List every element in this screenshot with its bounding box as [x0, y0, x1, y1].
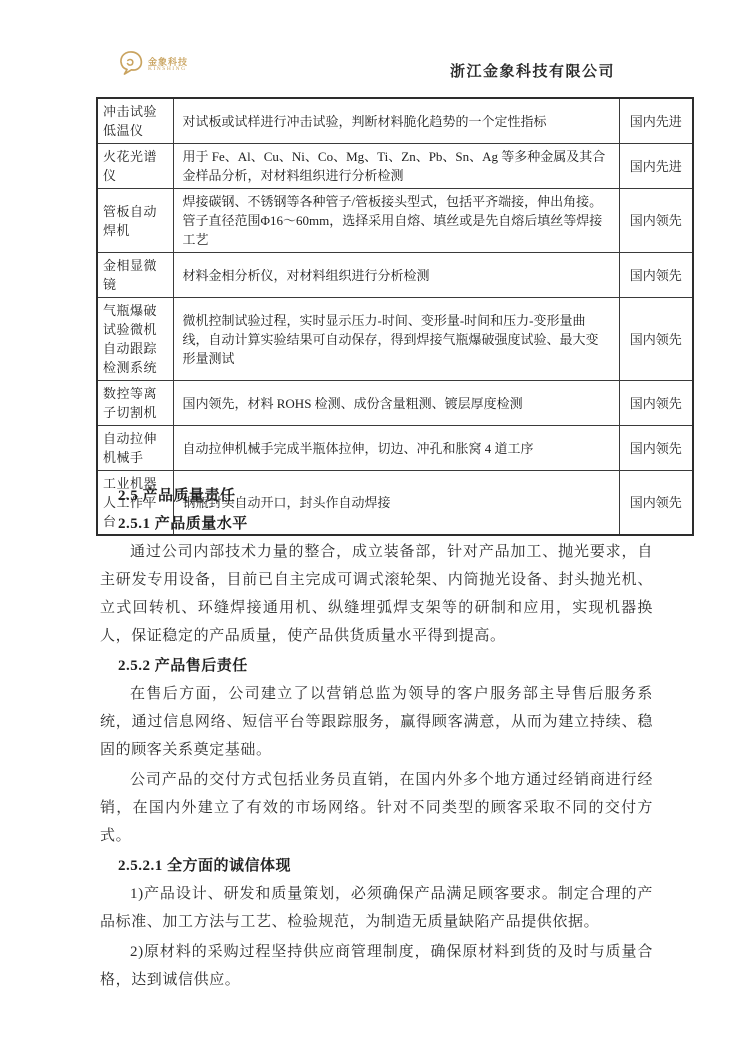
paragraph: 在售后方面，公司建立了以营销总监为领导的客户服务部主导售后服务系统，通过信息网络…: [100, 680, 653, 764]
equipment-desc-cell: 国内领先，材料 ROHS 检测、成份含量粗测、镀层厚度检测: [173, 381, 619, 426]
equipment-desc-cell: 微机控制试验过程，实时显示压力-时间、变形量-时间和压力-变形量曲线，自动计算实…: [173, 298, 619, 381]
document-page: 金象科技 KINSHING 浙江金象科技有限公司 冲击试验低温仪 对试板或试样进…: [0, 0, 750, 1060]
document-body: 2.5 产品质量责任 2.5.1 产品质量水平 通过公司内部技术力量的整合，成立…: [100, 482, 653, 996]
equipment-table: 冲击试验低温仪 对试板或试样进行冲击试验，判断材料脆化趋势的一个定性指标 国内先…: [96, 97, 694, 536]
equipment-status-cell: 国内领先: [619, 298, 693, 381]
equipment-status-cell: 国内领先: [619, 253, 693, 298]
paragraph: 1)产品设计、研发和质量策划，必须确保产品满足顾客要求。制定合理的产品标准、加工…: [100, 880, 653, 936]
logo-brand-en: KINSHING: [148, 67, 188, 73]
equipment-name-cell: 金相显微镜: [97, 253, 173, 298]
equipment-desc-cell: 材料金相分析仪，对材料组织进行分析检测: [173, 253, 619, 298]
equipment-status-cell: 国内领先: [619, 426, 693, 471]
table-row: 管板自动焊机 焊接碳钢、不锈钢等各种管子/管板接头型式，包括平齐端接，伸出角接。…: [97, 189, 693, 253]
page-header: 金象科技 KINSHING 浙江金象科技有限公司: [117, 48, 615, 83]
section-heading-2-5-2: 2.5.2 产品售后责任: [100, 652, 653, 680]
equipment-name-cell: 数控等离子切割机: [97, 381, 173, 426]
equipment-desc-cell: 自动拉伸机械手完成半瓶体拉伸，切边、冲孔和胀窝 4 道工序: [173, 426, 619, 471]
equipment-status-cell: 国内先进: [619, 98, 693, 144]
equipment-name-cell: 管板自动焊机: [97, 189, 173, 253]
equipment-status-cell: 国内领先: [619, 189, 693, 253]
equipment-desc-cell: 用于 Fe、Al、Cu、Ni、Co、Mg、Ti、Zn、Pb、Sn、Ag 等多种金…: [173, 144, 619, 189]
equipment-name-cell: 冲击试验低温仪: [97, 98, 173, 144]
equipment-desc-cell: 焊接碳钢、不锈钢等各种管子/管板接头型式，包括平齐端接，伸出角接。管子直径范围Φ…: [173, 189, 619, 253]
equipment-name-cell: 气瓶爆破试验微机自动跟踪检测系统: [97, 298, 173, 381]
section-heading-2-5: 2.5 产品质量责任: [100, 482, 653, 510]
logo-wordmark: 金象科技 KINSHING: [148, 58, 188, 73]
company-name: 浙江金象科技有限公司: [450, 60, 615, 81]
equipment-name-cell: 自动拉伸机械手: [97, 426, 173, 471]
elephant-logo-icon: [117, 48, 145, 83]
paragraph: 公司产品的交付方式包括业务员直销，在国内外多个地方通过经销商进行经销，在国内外建…: [100, 766, 653, 850]
table-row: 自动拉伸机械手 自动拉伸机械手完成半瓶体拉伸，切边、冲孔和胀窝 4 道工序 国内…: [97, 426, 693, 471]
company-logo: 金象科技 KINSHING: [117, 48, 188, 83]
section-heading-2-5-2-1: 2.5.2.1 全方面的诚信体现: [100, 852, 653, 880]
paragraph: 通过公司内部技术力量的整合，成立装备部，针对产品加工、抛光要求，自主研发专用设备…: [100, 538, 653, 650]
table-row: 气瓶爆破试验微机自动跟踪检测系统 微机控制试验过程，实时显示压力-时间、变形量-…: [97, 298, 693, 381]
section-heading-2-5-1: 2.5.1 产品质量水平: [100, 510, 653, 538]
table-row: 冲击试验低温仪 对试板或试样进行冲击试验，判断材料脆化趋势的一个定性指标 国内先…: [97, 98, 693, 144]
table-row: 金相显微镜 材料金相分析仪，对材料组织进行分析检测 国内领先: [97, 253, 693, 298]
equipment-name-cell: 火花光谱仪: [97, 144, 173, 189]
equipment-status-cell: 国内领先: [619, 381, 693, 426]
paragraph: 2)原材料的采购过程坚持供应商管理制度，确保原材料到货的及时与质量合格，达到诚信…: [100, 938, 653, 994]
equipment-status-cell: 国内先进: [619, 144, 693, 189]
equipment-desc-cell: 对试板或试样进行冲击试验，判断材料脆化趋势的一个定性指标: [173, 98, 619, 144]
table-row: 火花光谱仪 用于 Fe、Al、Cu、Ni、Co、Mg、Ti、Zn、Pb、Sn、A…: [97, 144, 693, 189]
table-row: 数控等离子切割机 国内领先，材料 ROHS 检测、成份含量粗测、镀层厚度检测 国…: [97, 381, 693, 426]
